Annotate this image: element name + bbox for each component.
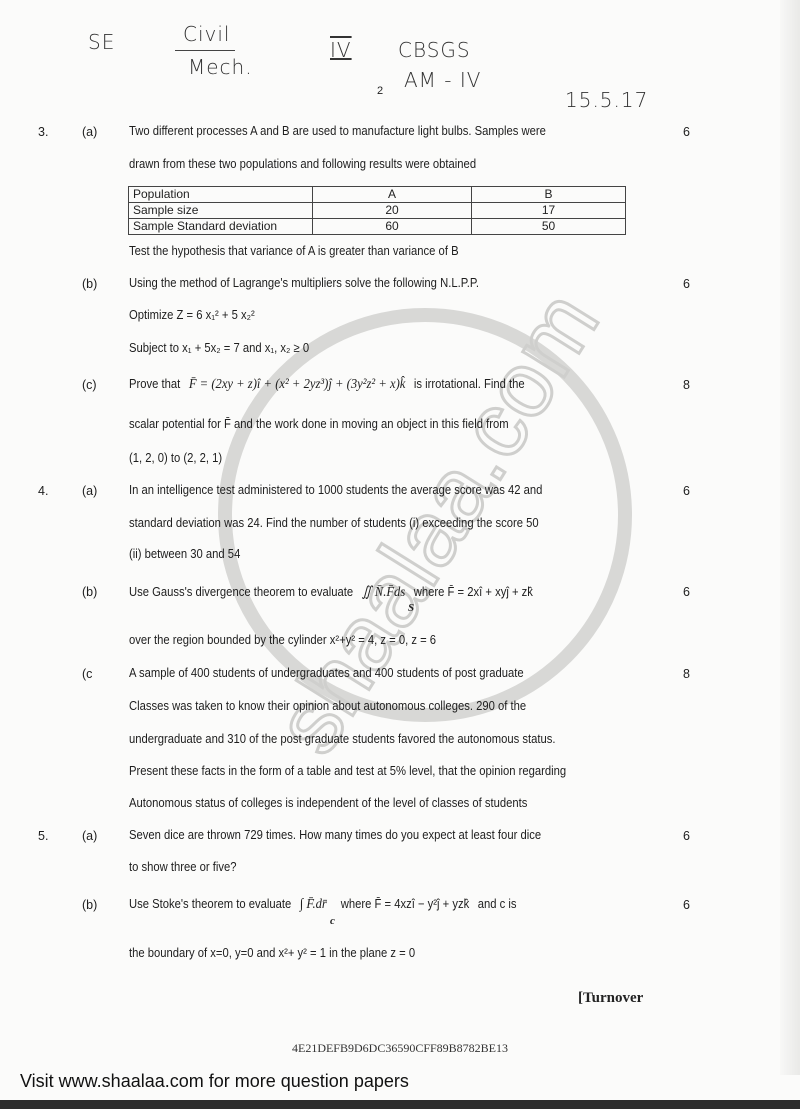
- handwritten-semester: IV: [330, 38, 352, 62]
- q5b-marks: 6: [683, 898, 690, 912]
- q3c-marks: 8: [683, 378, 690, 392]
- table-row: Sample size 20 17: [129, 203, 626, 219]
- q3b-marks: 6: [683, 277, 690, 291]
- q3c-prefix: Prove that: [129, 377, 180, 391]
- q5b-field: where F̄ = 4xzî − y²ĵ + yzk̂: [341, 897, 469, 911]
- q3a-marks: 6: [683, 125, 690, 139]
- q4c-marks: 8: [683, 667, 690, 681]
- q4c-line-5: Autonomous status of colleges is indepen…: [129, 796, 527, 810]
- q5a-line-1: Seven dice are thrown 729 times. How man…: [129, 828, 541, 842]
- q3c-label: (c): [82, 378, 97, 392]
- q5a-marks: 6: [683, 829, 690, 843]
- q3b-constraint: Subject to x₁ + 5x₂ = 7 and x₁, x₂ ≥ 0: [129, 341, 309, 355]
- table-cell: 60: [313, 219, 472, 235]
- table-cell: B: [472, 187, 626, 203]
- question-number-3: 3.: [38, 125, 48, 139]
- page-number: 2: [377, 85, 383, 97]
- q3a-hypothesis: Test the hypothesis that variance of A i…: [129, 244, 459, 258]
- handwritten-course: SE: [88, 30, 115, 54]
- paper-code: 4E21DEFB9D6DC36590CFF89B8782BE13: [0, 1041, 800, 1056]
- q5b-suffix: and c is: [478, 897, 517, 911]
- table-cell: Sample Standard deviation: [129, 219, 313, 235]
- q3b-line-1: Using the method of Lagrange's multiplie…: [129, 276, 479, 290]
- table-row: Sample Standard deviation 60 50: [129, 219, 626, 235]
- q4a-line-3: (ii) between 30 and 54: [129, 547, 240, 561]
- q5b-label: (b): [82, 898, 97, 912]
- handwritten-date: 15.5.17: [565, 88, 648, 112]
- shaalaa-watermark: shaalaa.com: [170, 260, 670, 760]
- q5b-line-integral: ∫ F̄.dr̄: [300, 897, 327, 912]
- q4b-line-1: Use Gauss's divergence theorem to evalua…: [129, 584, 533, 601]
- q3c-formula: F̄ = (2xy + z)î + (x² + 2yz³)ĵ + (3y²z² …: [189, 377, 406, 392]
- q5b-line-1: Use Stoke's theorem to evaluate ∫ F̄.dr̄…: [129, 897, 517, 913]
- q4a-line-1: In an intelligence test administered to …: [129, 483, 542, 497]
- question-number-5: 5.: [38, 829, 48, 843]
- table-cell: Sample size: [129, 203, 313, 219]
- q5a-label: (a): [82, 829, 97, 843]
- q3c-line-2: scalar potential for F̄ and the work don…: [129, 417, 509, 431]
- shaalaa-link[interactable]: Visit www.shaalaa.com for more question …: [20, 1071, 409, 1092]
- handwritten-branch-top: Civil: [183, 22, 230, 46]
- q4c-line-3: undergraduate and 310 of the post gradua…: [129, 732, 556, 746]
- table-cell: 50: [472, 219, 626, 235]
- q4c-line-1: A sample of 400 students of undergraduat…: [129, 666, 524, 680]
- q5b-curve-subscript: c: [330, 915, 335, 927]
- scan-edge-shadow: [780, 0, 800, 1075]
- table-cell: A: [313, 187, 472, 203]
- q4a-marks: 6: [683, 484, 690, 498]
- q3c-suffix: is irrotational. Find the: [414, 377, 525, 391]
- handwritten-divider: [175, 50, 235, 51]
- q3b-objective: Optimize Z = 6 x₁² + 5 x₂²: [129, 308, 255, 322]
- q4c-label: (c: [82, 667, 92, 681]
- q3b-label: (b): [82, 277, 97, 291]
- q3c-line-1: Prove that F̄ = (2xy + z)î + (x² + 2yz³)…: [129, 377, 525, 393]
- q5b-line-2: the boundary of x=0, y=0 and x²+ y² = 1 …: [129, 946, 415, 960]
- q4b-integral: ∬ N̄.F̄ds: [362, 585, 406, 600]
- q4b-marks: 6: [683, 585, 690, 599]
- q4b-surface-subscript: S: [408, 602, 414, 614]
- q4b-suffix: where F̄ = 2xî + xyĵ + zk̂: [414, 585, 533, 599]
- q4b-line-2: over the region bounded by the cylinder …: [129, 633, 436, 647]
- table-cell: Population: [129, 187, 313, 203]
- q3a-line-1: Two different processes A and B are used…: [129, 124, 546, 138]
- handwritten-branch-bottom: Mech.: [188, 55, 253, 79]
- table-cell: 20: [313, 203, 472, 219]
- table-cell: 17: [472, 203, 626, 219]
- table-row: Population A B: [129, 187, 626, 203]
- turnover-label: [Turnover: [578, 990, 643, 1007]
- exam-page: SE Civil Mech. IV CBSGS 2 AM - IV 15.5.1…: [0, 0, 800, 1109]
- q4b-prefix: Use Gauss's divergence theorem to evalua…: [129, 585, 353, 599]
- q4b-label: (b): [82, 585, 97, 599]
- q5b-prefix: Use Stoke's theorem to evaluate: [129, 897, 291, 911]
- q4a-line-2: standard deviation was 24. Find the numb…: [129, 516, 539, 530]
- question-number-4: 4.: [38, 484, 48, 498]
- q3a-label: (a): [82, 125, 97, 139]
- q4a-label: (a): [82, 484, 97, 498]
- q3c-line-3: (1, 2, 0) to (2, 2, 1): [129, 451, 222, 465]
- q5a-line-2: to show three or five?: [129, 860, 237, 874]
- population-table: Population A B Sample size 20 17 Sample …: [128, 186, 626, 235]
- q3a-line-2: drawn from these two populations and fol…: [129, 157, 476, 171]
- handwritten-subject: AM - IV: [404, 68, 481, 92]
- q4c-line-2: Classes was taken to know their opinion …: [129, 699, 526, 713]
- handwritten-scheme: CBSGS: [398, 38, 471, 62]
- q4c-line-4: Present these facts in the form of a tab…: [129, 764, 566, 778]
- scan-bottom-edge: [0, 1100, 800, 1109]
